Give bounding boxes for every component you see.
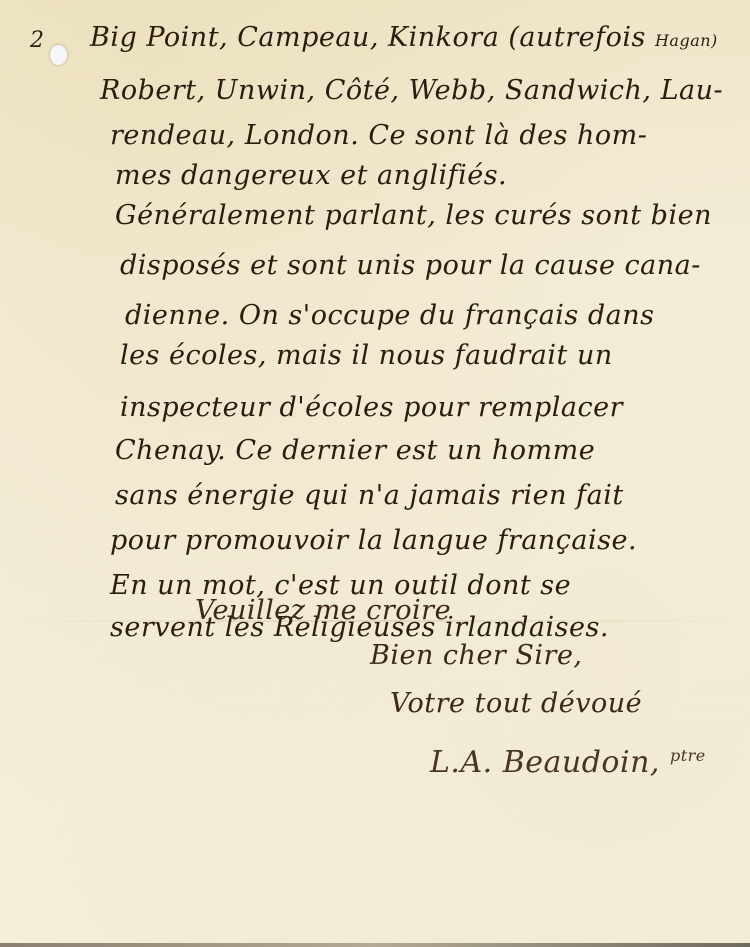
- closing-line-3: Votre tout dévoué: [390, 688, 642, 719]
- body-line-aside: Hagan): [655, 31, 718, 50]
- page-number: 2: [30, 28, 44, 53]
- page-bottom-edge: [0, 943, 750, 947]
- signature-name: L.A. Beaudoin,: [430, 745, 660, 780]
- body-line-7: dienne. On s'occupe du français dans: [125, 300, 655, 331]
- signature: L.A. Beaudoin, ptre: [430, 745, 706, 780]
- body-line-2: Robert, Unwin, Côté, Webb, Sandwich, Lau…: [100, 75, 723, 106]
- signature-suffix: ptre: [670, 746, 706, 765]
- body-line-12: pour promouvoir la langue française.: [110, 525, 637, 556]
- body-line-3: rendeau, London. Ce sont là des hom-: [110, 120, 647, 151]
- body-line-text: Big Point, Campeau, Kinkora (autrefois: [90, 22, 655, 53]
- body-line-4: mes dangereux et anglifiés.: [115, 160, 507, 191]
- closing-line-2: Bien cher Sire,: [370, 640, 583, 671]
- body-line-5: Généralement parlant, les curés sont bie…: [115, 200, 712, 231]
- body-line-10: Chenay. Ce dernier est un homme: [115, 435, 595, 466]
- body-line-1: Big Point, Campeau, Kinkora (autrefois H…: [90, 22, 718, 53]
- closing-line-1: Veuillez me croire: [195, 595, 451, 626]
- body-line-9: inspecteur d'écoles pour remplacer: [120, 392, 623, 423]
- punch-hole: [50, 45, 67, 65]
- body-line-6: disposés et sont unis pour la cause cana…: [120, 250, 701, 281]
- body-line-11: sans énergie qui n'a jamais rien fait: [115, 480, 624, 511]
- letter-page: 2 Big Point, Campeau, Kinkora (autrefois…: [0, 0, 750, 947]
- body-line-8: les écoles, mais il nous faudrait un: [120, 340, 613, 371]
